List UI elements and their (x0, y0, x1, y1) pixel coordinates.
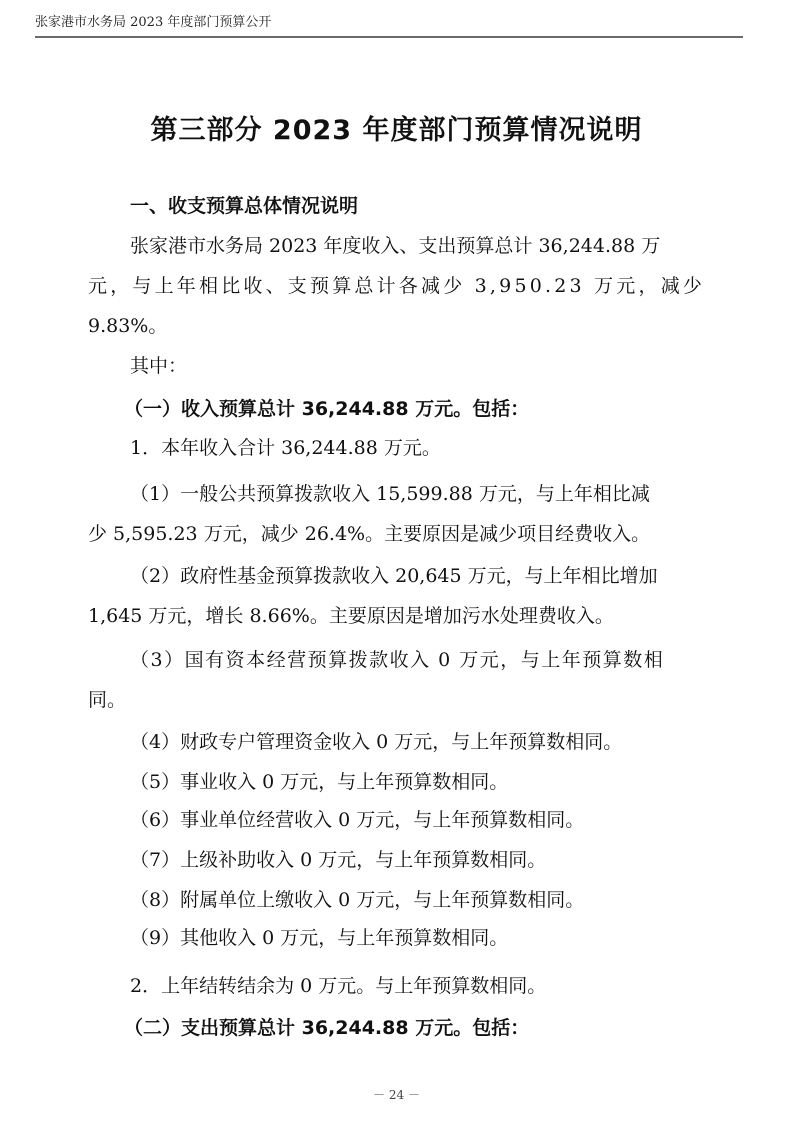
sub-item-7: （7）上级补助收入 0 万元，与上年预算数相同。 (130, 840, 750, 880)
sub-item-2-line-2: 1,645 万元，增长 8.66%。主要原因是增加污水处理费收入。 (88, 596, 708, 636)
sub-item-3-line-1: （3）国有资本经营预算拨款收入 0 万元，与上年预算数相 (130, 640, 750, 680)
income-heading: （一）收入预算总计 36,244.88 万元。包括： (124, 389, 744, 429)
sub-item-2-line-1: （2）政府性基金预算拨款收入 20,645 万元，与上年相比增加 (130, 556, 750, 596)
intro-line-1: 张家港市水务局 2023 年度收入、支出预算总计 36,244.88 万 (130, 226, 750, 266)
running-header: 张家港市水务局 2023 年度部门预算公开 (35, 8, 743, 38)
among-label: 其中： (130, 346, 750, 386)
sub-item-4: （4）财政专户管理资金收入 0 万元，与上年预算数相同。 (130, 722, 750, 762)
sub-item-3-line-2: 同。 (88, 680, 708, 720)
expense-heading: （二）支出预算总计 36,244.88 万元。包括： (124, 1008, 744, 1048)
sub-item-9: （9）其他收入 0 万元，与上年预算数相同。 (130, 918, 750, 958)
section-heading: 一、收支预算总体情况说明 (130, 186, 750, 226)
sub-item-8: （8）附属单位上缴收入 0 万元，与上年预算数相同。 (130, 880, 750, 920)
page-number: － 24 － (0, 1086, 793, 1103)
sub-item-1-line-2: 少 5,595.23 万元，减少 26.4%。主要原因是减少项目经费收入。 (88, 514, 708, 554)
header-text: 张家港市水务局 2023 年度部门预算公开 (35, 11, 271, 30)
sub-item-5: （5）事业收入 0 万元，与上年预算数相同。 (130, 762, 750, 802)
intro-line-3: 9.83%。 (88, 306, 708, 346)
page-title: 第三部分 2023 年度部门预算情况说明 (0, 108, 793, 147)
intro-line-2: 元，与上年相比收、支预算总计各减少 3,950.23 万元，减少 (88, 266, 708, 306)
sub-item-1-line-1: （1）一般公共预算拨款收入 15,599.88 万元，与上年相比减 (130, 474, 750, 514)
income-item-1: 1．本年收入合计 36,244.88 万元。 (130, 428, 750, 468)
sub-item-6: （6）事业单位经营收入 0 万元，与上年预算数相同。 (130, 800, 750, 840)
income-item-2: 2．上年结转结余为 0 万元。与上年预算数相同。 (130, 966, 750, 1006)
